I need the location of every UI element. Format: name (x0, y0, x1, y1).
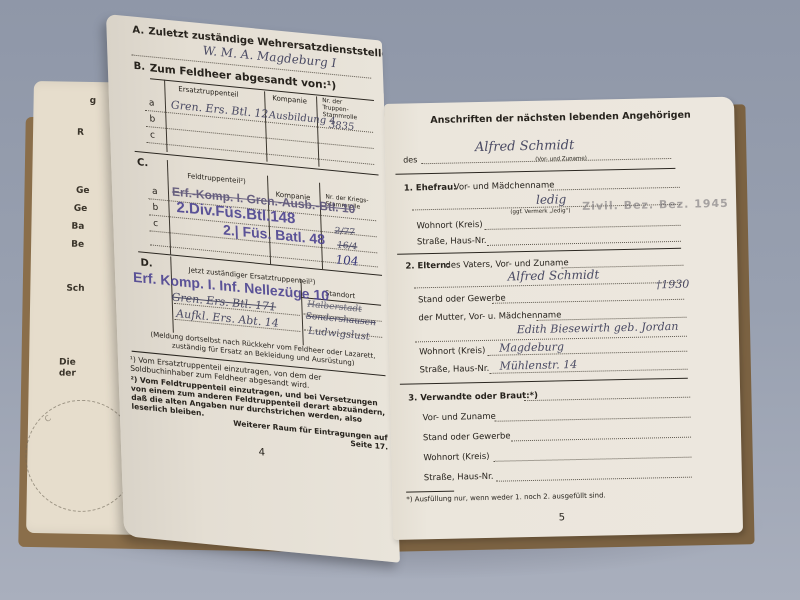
section-a-label: A. (132, 25, 144, 37)
relative-strasse-label: Straße, Haus-Nr. (424, 472, 494, 483)
col-kompanie: Kompanie (272, 94, 307, 105)
b-stammrolle-value: 3835 (329, 120, 355, 134)
row-c: c (153, 219, 158, 230)
section-d-label: D. (140, 257, 152, 269)
ehefrau-strasse-label: Straße, Haus-Nr. (417, 236, 487, 247)
ehefrau-hint: (ggf. Vermerk „ledig“) (510, 208, 570, 215)
section-b-label: B. (134, 61, 146, 73)
mother-field: der Mutter, Vor- u. Mädchenname (418, 310, 561, 323)
parents-strasse-label: Straße, Haus-Nr. (419, 364, 489, 375)
ehefrau-value: ledig (536, 192, 566, 207)
stand-value: †1930 (656, 278, 690, 292)
section-3-label: 3. Verwandte oder Braut:*) (408, 391, 538, 404)
c-stammrolle-struck-2: 16/4 (337, 240, 358, 252)
fragment: g (90, 96, 97, 106)
page-number: 5 (559, 512, 566, 523)
fragment: R (77, 128, 84, 138)
mother-value: Edith Biesewirth geb. Jordan (517, 320, 679, 336)
fragment: Ge (76, 186, 90, 196)
fragment: der (59, 368, 76, 378)
row-c: c (150, 130, 155, 141)
page-title: Anschriften der nächsten lebenden Angehö… (430, 110, 691, 126)
c-stammrolle-struck: 2/77 (334, 226, 355, 238)
row-b: b (149, 114, 155, 125)
section-1-label: 1. Ehefrau: (404, 182, 457, 193)
section-c-label: C. (137, 157, 149, 169)
faded-stamp: Zivil. Bez. Bez. 1945 (582, 197, 729, 213)
des-value: Alfred Schmidt (475, 138, 575, 155)
row-a: a (152, 187, 158, 198)
parents-wohnort-label: Wohnort (Kreis) (419, 346, 485, 357)
section-2-label: 2. Eltern: (405, 261, 449, 272)
page-5: Anschriften der nächsten lebenden Angehö… (384, 97, 743, 540)
fragment: Sch (66, 284, 84, 294)
des-label: des (403, 155, 417, 164)
page-4: A. Zuletzt zuständige Wehrersatzdienstst… (106, 14, 400, 563)
row-b: b (152, 203, 158, 214)
des-hint: (Vor- und Zuname) (535, 156, 587, 163)
parents-wohnort-value: Magdeburg (499, 340, 564, 354)
col-standort: Standort (325, 289, 356, 300)
row-a: a (149, 98, 155, 109)
section-1-field: Vor- und Mädchenname (454, 180, 555, 192)
fragment: Ba (71, 222, 84, 232)
fragment: Ge (74, 204, 88, 214)
footnote: *) Ausfüllung nur, wenn weder 1. noch 2.… (406, 491, 606, 503)
col-feldtruppenteil: Feldtruppenteil²) (187, 172, 246, 186)
page-number: 4 (259, 447, 266, 459)
relative-wohnort-label: Wohnort (Kreis) (423, 452, 489, 463)
fragment: Die (59, 357, 76, 367)
relative-name-label: Vor- und Zuname (422, 412, 495, 424)
relative-stand-label: Stand oder Gewerbe (423, 431, 511, 443)
parents-strasse-value: Mühlenstr. 14 (499, 358, 577, 373)
ehefrau-wohnort-label: Wohnort (Kreis) (416, 220, 482, 231)
father-value: Alfred Schmidt (507, 268, 599, 284)
fragment: Be (71, 240, 84, 250)
c-stammrolle-value: 104 (335, 252, 358, 268)
